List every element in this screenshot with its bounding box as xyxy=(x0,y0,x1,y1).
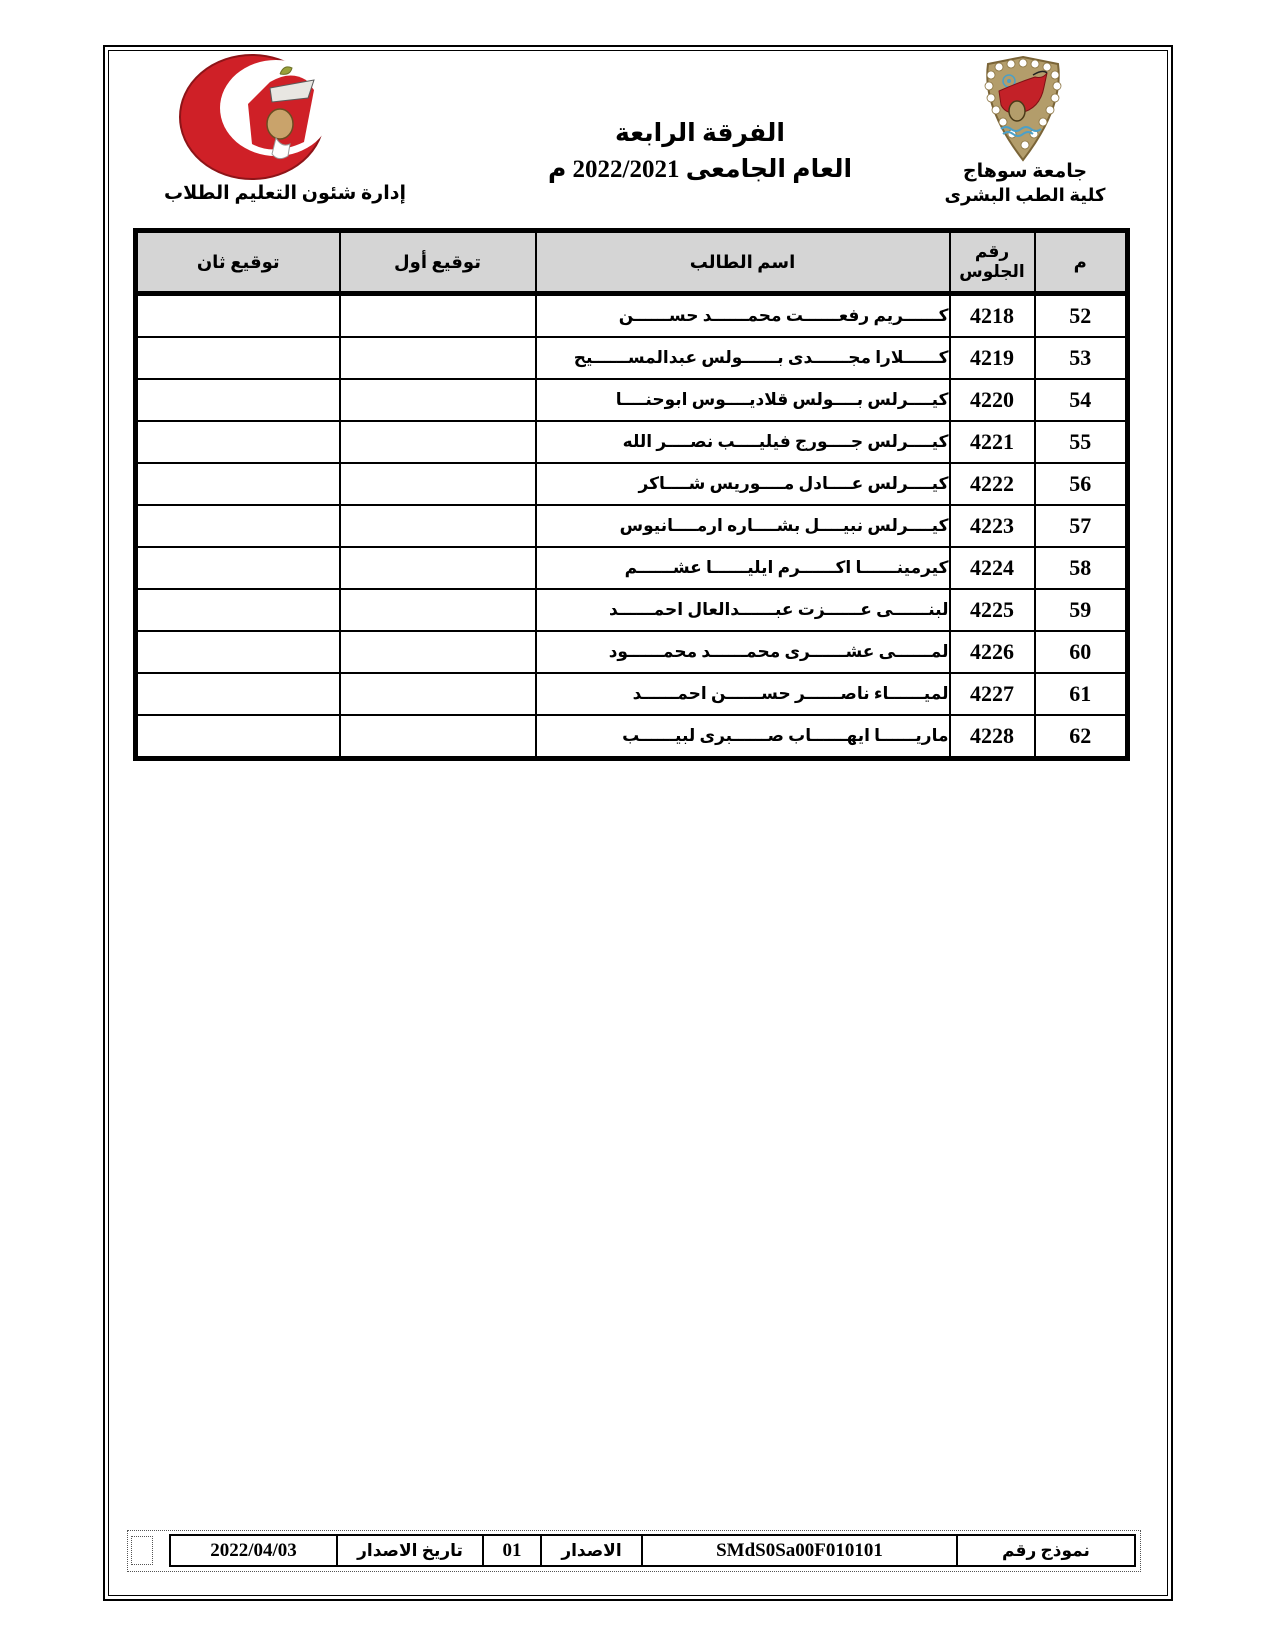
index-cell: 56 xyxy=(1035,463,1128,505)
students-table: م رقم الجلوس اسم الطالب توقيع أول توقيع … xyxy=(133,228,1130,761)
first-signature-cell xyxy=(340,337,536,379)
index-cell: 61 xyxy=(1035,673,1128,715)
title-year: الفرقة الرابعة xyxy=(440,118,960,151)
table-row: 594225لبنــــــى عــــــزت عبــــــدالعا… xyxy=(136,589,1128,631)
table-row: 524218كــــــريم رفعــــــت محمــــــد ح… xyxy=(136,294,1128,338)
first-signature-cell xyxy=(340,673,536,715)
table-row: 624228ماريــــــا ايهــــــاب صــــــبرى… xyxy=(136,715,1128,759)
footer-box: نموذج رقم SMdS0Sa00F010101 الاصدار 01 تا… xyxy=(127,1530,1141,1572)
faculty-name: كلية الطب البشرى xyxy=(925,184,1125,207)
table-row: 574223كيــــرلس نبيــــل بشــــاره ارمــ… xyxy=(136,505,1128,547)
second-signature-cell xyxy=(136,337,340,379)
version-value: 01 xyxy=(483,1535,541,1566)
faculty-of-medicine-crescent-logo: جامعة سوهاج كلية الطب xyxy=(152,52,367,182)
second-signature-cell xyxy=(136,547,340,589)
first-signature-cell xyxy=(340,505,536,547)
seat-number-cell: 4218 xyxy=(950,294,1035,338)
table-row: 564222كيــــرلس عــــادل مــــوريس شــــ… xyxy=(136,463,1128,505)
student-name-cell: كيــــرلس عــــادل مــــوريس شــــاكر xyxy=(536,463,950,505)
table-row: 534219كــــــلارا مجــــــدى بــــــولس … xyxy=(136,337,1128,379)
first-signature-cell xyxy=(340,589,536,631)
issue-date-label: تاريخ الاصدار xyxy=(337,1535,483,1566)
seat-number-cell: 4226 xyxy=(950,631,1035,673)
student-name-cell: لمــــــى عشــــــرى محمــــــد محمـــــ… xyxy=(536,631,950,673)
header-student-name: اسم الطالب xyxy=(536,231,950,294)
student-name-cell: ماريــــــا ايهــــــاب صــــــبرى لبيــ… xyxy=(536,715,950,759)
second-signature-cell xyxy=(136,673,340,715)
footer-table: نموذج رقم SMdS0Sa00F010101 الاصدار 01 تا… xyxy=(169,1534,1136,1567)
header-first-signature: توقيع أول xyxy=(340,231,536,294)
index-cell: 57 xyxy=(1035,505,1128,547)
form-number-label: نموذج رقم xyxy=(957,1535,1135,1566)
first-signature-cell xyxy=(340,421,536,463)
seat-number-cell: 4224 xyxy=(950,547,1035,589)
first-signature-cell xyxy=(340,379,536,421)
index-cell: 54 xyxy=(1035,379,1128,421)
student-name-cell: كيــــرلس نبيــــل بشــــاره ارمــــانيو… xyxy=(536,505,950,547)
index-cell: 58 xyxy=(1035,547,1128,589)
form-number-value: SMdS0Sa00F010101 xyxy=(642,1535,957,1566)
index-cell: 55 xyxy=(1035,421,1128,463)
student-name-cell: كــــــلارا مجــــــدى بــــــولس عبدالم… xyxy=(536,337,950,379)
second-signature-cell xyxy=(136,715,340,759)
second-signature-cell xyxy=(136,421,340,463)
first-signature-cell xyxy=(340,631,536,673)
student-name-cell: كيرمينــــــا اكــــــرم ايليــــــا عشـ… xyxy=(536,547,950,589)
version-label: الاصدار xyxy=(541,1535,642,1566)
sohag-university-shield-logo xyxy=(962,55,1084,163)
student-name-cell: كــــــريم رفعــــــت محمــــــد حســـــ… xyxy=(536,294,950,338)
second-signature-cell xyxy=(136,631,340,673)
student-name-cell: كيــــرلس جــــورج فيليــــب نصــــر الل… xyxy=(536,421,950,463)
table-row: 584224كيرمينــــــا اكــــــرم ايليـــــ… xyxy=(136,547,1128,589)
table-row: 544220كيــــرلس بــــولس قلاديــــوس ابو… xyxy=(136,379,1128,421)
issue-date-value: 2022/04/03 xyxy=(170,1535,337,1566)
first-signature-cell xyxy=(340,715,536,759)
seat-number-cell: 4221 xyxy=(950,421,1035,463)
index-cell: 60 xyxy=(1035,631,1128,673)
seat-number-cell: 4219 xyxy=(950,337,1035,379)
student-table-body: 524218كــــــريم رفعــــــت محمــــــد ح… xyxy=(136,294,1128,759)
second-signature-cell xyxy=(136,379,340,421)
second-signature-cell xyxy=(136,463,340,505)
footer-small-box xyxy=(131,1536,153,1565)
table-row: 554221كيــــرلس جــــورج فيليــــب نصـــ… xyxy=(136,421,1128,463)
second-signature-cell xyxy=(136,294,340,338)
index-cell: 53 xyxy=(1035,337,1128,379)
student-name-cell: لميــــــاء ناصــــــر حســــــن احمــــ… xyxy=(536,673,950,715)
second-signature-cell xyxy=(136,505,340,547)
seat-number-cell: 4223 xyxy=(950,505,1035,547)
header-second-signature: توقيع ثان xyxy=(136,231,340,294)
second-signature-cell xyxy=(136,589,340,631)
seat-number-cell: 4227 xyxy=(950,673,1035,715)
index-cell: 59 xyxy=(1035,589,1128,631)
header-index: م xyxy=(1035,231,1128,294)
table-row: 614227لميــــــاء ناصــــــر حســــــن ا… xyxy=(136,673,1128,715)
university-block: جامعة سوهاج كلية الطب البشرى xyxy=(925,160,1125,206)
department-block: إدارة شئون التعليم الطلاب xyxy=(135,182,435,205)
first-signature-cell xyxy=(340,463,536,505)
footer-row: نموذج رقم SMdS0Sa00F010101 الاصدار 01 تا… xyxy=(170,1535,1135,1566)
university-name: جامعة سوهاج xyxy=(925,160,1125,184)
document-title: الفرقة الرابعة العام الجامعى 2022/2021 م xyxy=(440,118,960,188)
index-cell: 62 xyxy=(1035,715,1128,759)
table-row: 604226لمــــــى عشــــــرى محمــــــد مح… xyxy=(136,631,1128,673)
seat-number-cell: 4220 xyxy=(950,379,1035,421)
index-cell: 52 xyxy=(1035,294,1128,338)
first-signature-cell xyxy=(340,547,536,589)
department-name: إدارة شئون التعليم الطلاب xyxy=(135,182,435,205)
student-name-cell: لبنــــــى عــــــزت عبــــــدالعال احمـ… xyxy=(536,589,950,631)
seat-number-cell: 4225 xyxy=(950,589,1035,631)
student-name-cell: كيــــرلس بــــولس قلاديــــوس ابوحنــــ… xyxy=(536,379,950,421)
table-header-row: م رقم الجلوس اسم الطالب توقيع أول توقيع … xyxy=(136,231,1128,294)
header-seat-number: رقم الجلوس xyxy=(950,231,1035,294)
seat-number-cell: 4228 xyxy=(950,715,1035,759)
title-academic-year: العام الجامعى 2022/2021 م xyxy=(440,151,960,189)
seat-number-cell: 4222 xyxy=(950,463,1035,505)
first-signature-cell xyxy=(340,294,536,338)
